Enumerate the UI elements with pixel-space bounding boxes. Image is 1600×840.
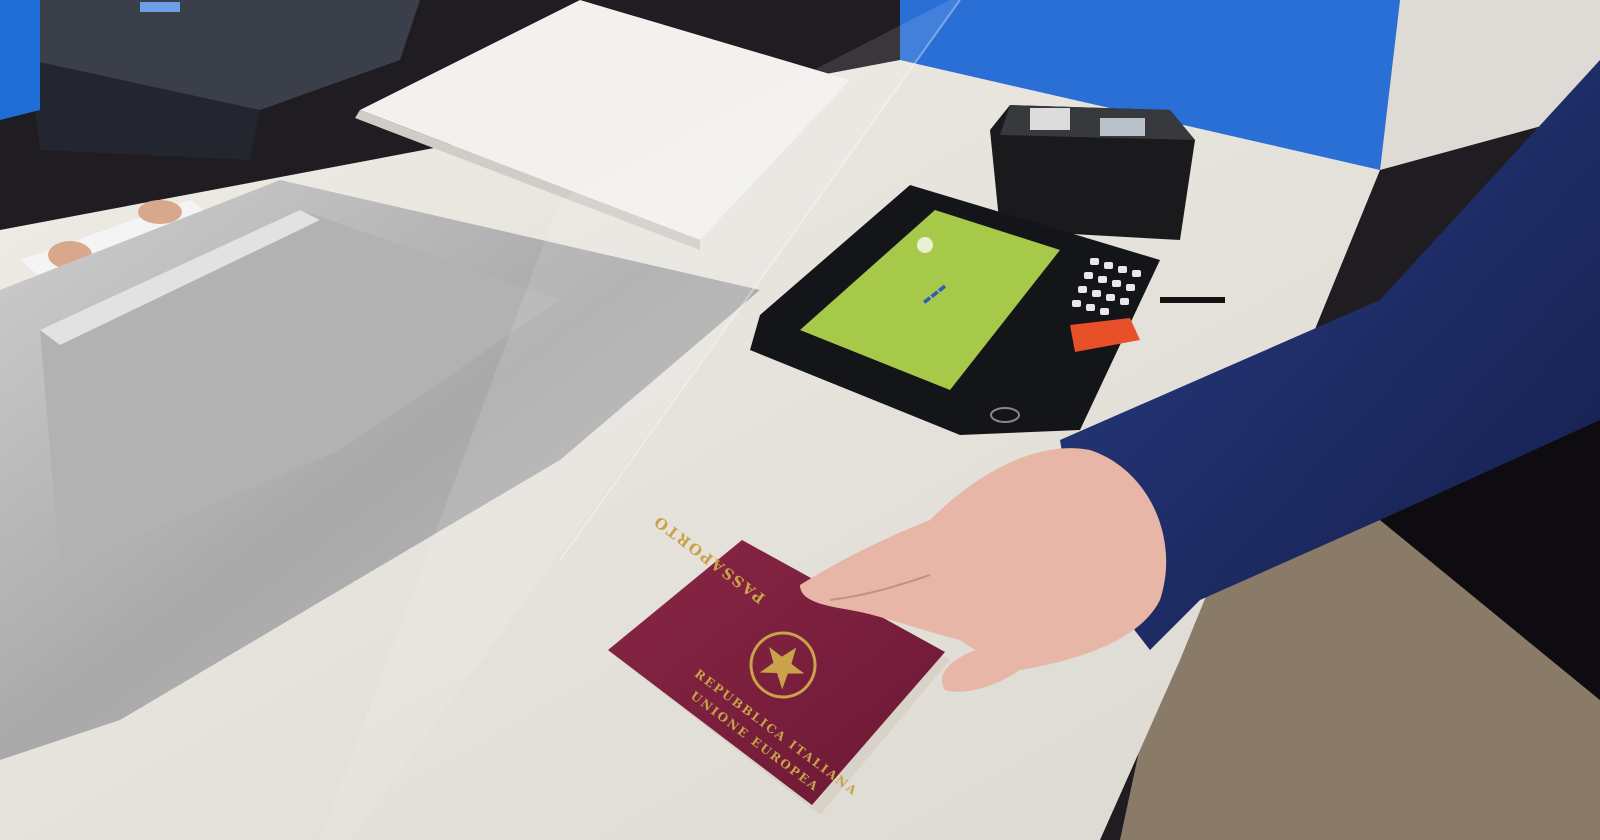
photo-scene: ▬▬▬ PASSAPORTO REPUBBLICA ITALIANA UNION… [0,0,1600,840]
scene-illustration: ▬▬▬ PASSAPORTO REPUBBLICA ITALIANA UNION… [0,0,1600,840]
